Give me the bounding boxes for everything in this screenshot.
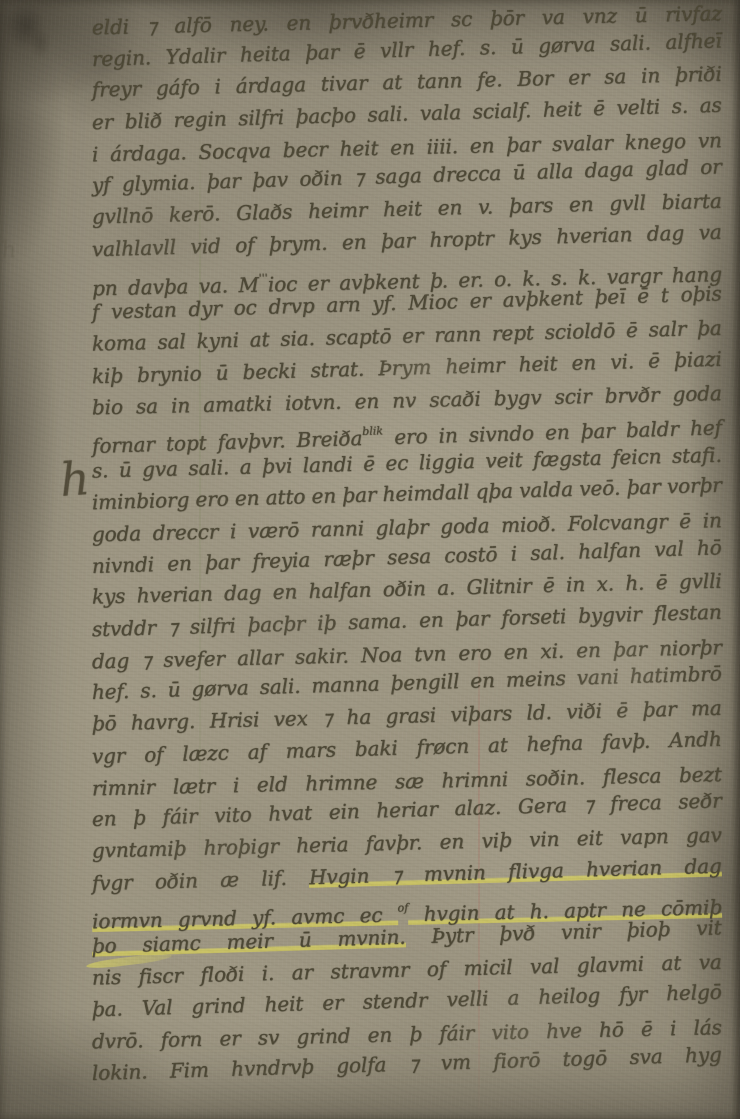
manuscript-text-block: eldi ⁊ alfō ney. en þrvðheimr sc þōr va … [92,12,722,1089]
text-segment: Þytr þvð vnir þioþ vit [405,915,722,948]
margin-initial-letter: h [58,455,91,503]
interlinear-insertion: ''' [259,271,268,284]
text-segment: fvgr oðin æ lif. [92,865,310,895]
highlighted-text-segment: þo siamc meir ū mvnin. [92,925,406,958]
interlinear-insertion: blik [362,424,383,438]
interlinear-insertion: of [397,901,408,914]
manuscript-page: ſh h eldi ⁊ alfō ney. en þrvðheimr sc þō… [0,0,740,1119]
margin-edge-note: ſh [0,239,18,265]
corner-ink-smudge [8,6,54,58]
page-edge-shadow [731,0,740,1119]
